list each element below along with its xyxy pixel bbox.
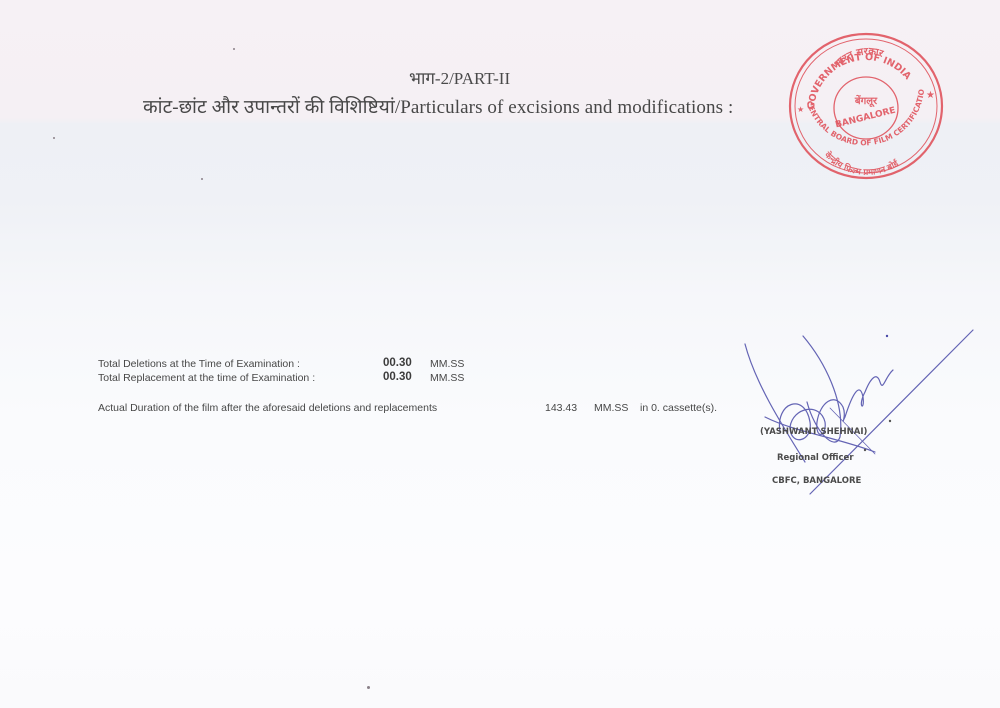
svg-text:CENTRAL BOARD OF FILM CERTIFIC: CENTRAL BOARD OF FILM CERTIFICATION (786, 30, 926, 147)
cassette-count: in 0. cassette(s). (640, 402, 717, 414)
total-replacement-unit: MM.SS (430, 372, 464, 384)
actual-duration-value: 143.43 (545, 402, 577, 414)
section-heading: कांट-छांट और उपान्तरों की विशिष्टियां/Pa… (143, 93, 733, 119)
cbfc-stamp: भारत सरकार GOVERNMENT OF INDIA CENTRAL B… (786, 30, 946, 185)
total-replacement-label: Total Replacement at the time of Examina… (98, 372, 315, 384)
stamp-center-hindi: बेंगलूर (854, 94, 878, 108)
stamp-star-icon: ★ (926, 90, 935, 101)
signatory-office: CBFC, BANGALORE (772, 476, 861, 486)
scan-speck (367, 686, 370, 689)
scan-speck (201, 178, 203, 180)
part-heading: भाग-2/PART-II (409, 66, 510, 89)
stamp-bottom-english: CENTRAL BOARD OF FILM CERTIFICATION (786, 30, 926, 147)
stamp-star-icon: ★ (797, 105, 804, 114)
total-deletions-label: Total Deletions at the Time of Examinati… (98, 358, 300, 370)
actual-duration-unit: MM.SS (594, 402, 628, 414)
scan-speck (53, 137, 55, 139)
actual-duration-label: Actual Duration of the film after the af… (98, 402, 437, 414)
signatory-name: (YASHWANT SHEHNAI) (760, 427, 867, 437)
total-replacement-value: 00.30 (383, 371, 412, 383)
signatory-designation: Regional Officer (777, 453, 854, 463)
certificate-page: भाग-2/PART-II कांट-छांट और उपान्तरों की … (0, 0, 1000, 708)
total-deletions-value: 00.30 (383, 357, 412, 369)
scan-speck (233, 48, 235, 50)
total-deletions-unit: MM.SS (430, 358, 464, 370)
stamp-center-english: BANGALORE (834, 106, 896, 131)
